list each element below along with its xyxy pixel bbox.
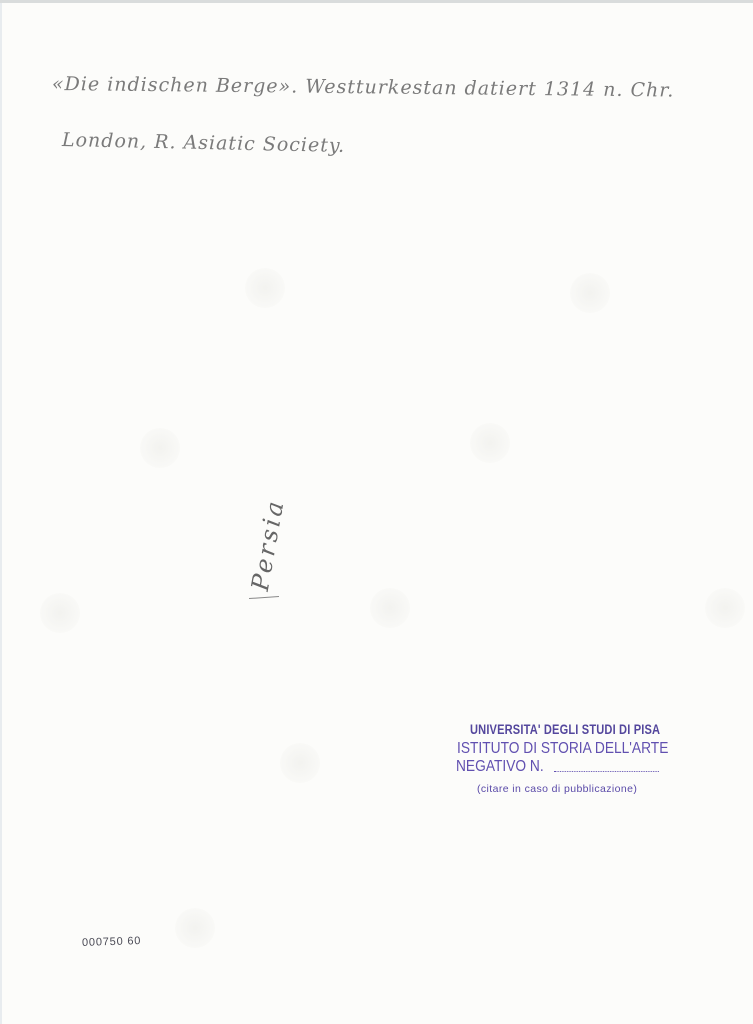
paper-stain xyxy=(370,588,410,628)
paper-stain xyxy=(175,908,215,948)
stamp-negative-label: NEGATIVO N. xyxy=(456,759,544,775)
stamp-negative-row: NEGATIVO N. xyxy=(456,759,659,775)
photo-verso-sheet: «Die indischen Berge». Westturkestan dat… xyxy=(0,0,753,1024)
paper-stain xyxy=(280,743,320,783)
vertical-label-text: Persia xyxy=(246,496,290,592)
stamp-university: UNIVERSITA' DEGLI STUDI DI PISA xyxy=(470,723,652,737)
paper-stain xyxy=(705,588,745,628)
stamp-citation-note: (citare in caso di pubblicazione) xyxy=(477,784,692,795)
handwritten-caption-line-1: «Die indischen Berge». Westturkestan dat… xyxy=(52,73,675,102)
paper-stain xyxy=(570,273,610,313)
handwritten-caption-line-2: London, R. Asiatic Society. xyxy=(62,129,346,157)
handwritten-vertical-label: Persia xyxy=(246,488,282,600)
paper-stain xyxy=(40,593,80,633)
paper-stain xyxy=(245,268,285,308)
paper-stain xyxy=(470,423,510,463)
stamp-negative-blank xyxy=(554,770,659,772)
institution-stamp: UNIVERSITA' DEGLI STUDI DI PISA ISTITUTO… xyxy=(452,723,692,794)
stamp-institute: ISTITUTO DI STORIA DELL'ARTE xyxy=(457,741,659,757)
catalog-number: 000750 60 xyxy=(82,935,142,949)
paper-stain xyxy=(140,428,180,468)
